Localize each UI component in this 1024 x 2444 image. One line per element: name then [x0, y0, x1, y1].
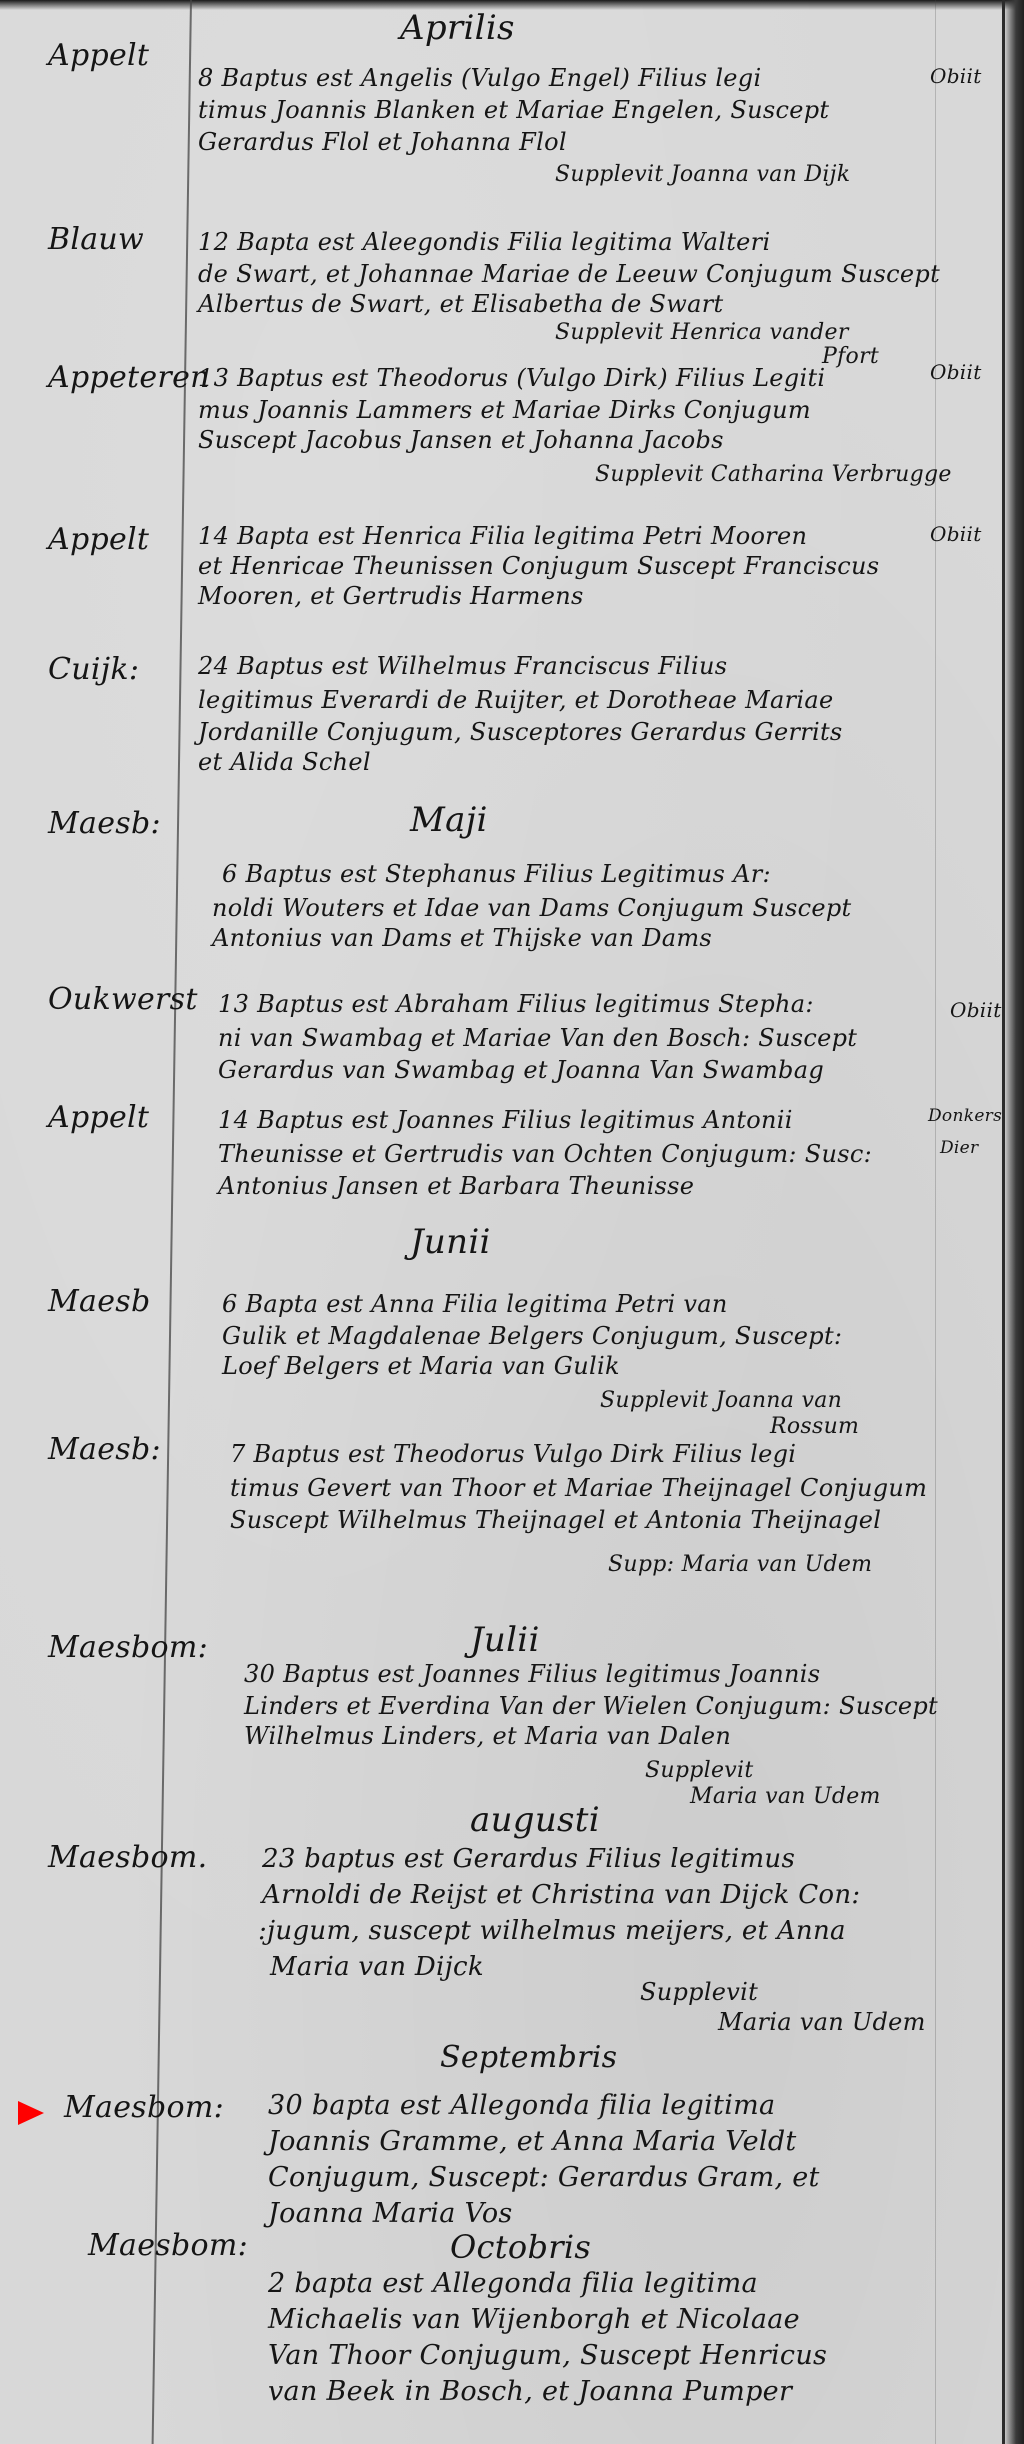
entry-line: 6 Baptus est Stephanus Filius Legitimus … [222, 860, 771, 888]
month-heading-may: Maji [410, 800, 488, 840]
entry-line: Arnoldi de Reijst et Christina van Dijck… [262, 1880, 861, 1910]
entry-place: Maesbom. [48, 1840, 207, 1875]
entry-suppletion: Supplevit Joanna van Dijk [555, 162, 850, 187]
entry-line: 7 Baptus est Theodorus Vulgo Dirk Filius… [230, 1440, 796, 1468]
entry-note-obiit: Obiit [930, 360, 982, 384]
entry-line: Gerardus Flol et Johanna Flol [198, 128, 567, 156]
entry-line: 2 bapta est Allegonda filia legitima [268, 2268, 758, 2299]
entry-line: timus Gevert van Thoor et Mariae Theijna… [230, 1474, 927, 1502]
entry-line: Albertus de Swart, et Elisabetha de Swar… [198, 290, 723, 318]
entry-line: :jugum, suscept wilhelmus meijers, et An… [258, 1916, 846, 1946]
entry-suppletion: Supplevit Henrica vander [555, 320, 849, 345]
entry-line: 12 Bapta est Aleegondis Filia legitima W… [198, 228, 770, 256]
entry-line: Conjugum, Suscept: Gerardus Gram, et [268, 2162, 820, 2193]
month-heading-april: Aprilis [400, 8, 515, 48]
entry-line: 13 Baptus est Theodorus (Vulgo Dirk) Fil… [198, 364, 825, 392]
entry-line: Gerardus van Swambag et Joanna Van Swamb… [218, 1056, 824, 1084]
entry-line: 8 Baptus est Angelis (Vulgo Engel) Filiu… [198, 64, 761, 92]
entry-place: Appelt [48, 522, 149, 557]
entry-note-obiit: Obiit [930, 522, 982, 546]
entry-place: Maesb [48, 1284, 150, 1319]
entry-line: 24 Baptus est Wilhelmus Franciscus Filiu… [198, 652, 727, 680]
entry-suppletion: Supplevit Joanna van [600, 1388, 842, 1413]
entry-line: 14 Baptus est Joannes Filius legitimus A… [218, 1106, 793, 1134]
entry-suppletion-cont: Pfort [822, 344, 879, 369]
month-heading-july: Julii [470, 1620, 540, 1660]
entry-line: Maria van Dijck [270, 1952, 484, 1982]
entry-line: 13 Baptus est Abraham Filius legitimus S… [218, 990, 814, 1018]
entry-line: de Swart, et Johannae Mariae de Leeuw Co… [198, 260, 940, 288]
entry-suppletion: Supp: Maria van Udem [608, 1552, 872, 1577]
entry-note: Donkers [928, 1106, 1002, 1126]
entry-line: noldi Wouters et Idae van Dams Conjugum … [212, 894, 851, 922]
entry-line: Van Thoor Conjugum, Suscept Henricus [268, 2340, 827, 2371]
entry-line: Mooren, et Gertrudis Harmens [198, 582, 584, 610]
entry-suppletion: Supplevit [640, 1978, 758, 2006]
entry-line: Joanna Maria Vos [268, 2198, 513, 2229]
page-binding-edge [1004, 0, 1024, 2444]
entry-line: Suscept Jacobus Jansen et Johanna Jacobs [198, 426, 724, 454]
entry-line: 23 baptus est Gerardus Filius legitimus [262, 1844, 795, 1874]
entry-suppletion-cont: Maria van Udem [718, 2008, 926, 2036]
entry-place: Maesbom: [88, 2228, 248, 2263]
entry-line: 30 Baptus est Joannes Filius legitimus J… [244, 1660, 820, 1688]
entry-line: Theunisse et Gertrudis van Ochten Conjug… [218, 1140, 872, 1168]
entry-note-obiit: Obiit [950, 998, 1002, 1022]
entry-line: 6 Bapta est Anna Filia legitima Petri va… [222, 1290, 728, 1318]
month-heading-august: augusti [470, 1800, 600, 1840]
entry-line: van Beek in Bosch, et Joanna Pumper [268, 2376, 792, 2407]
entry-line: ni van Swambag et Mariae Van den Bosch: … [218, 1024, 857, 1052]
red-pointer-marker-icon [18, 2101, 44, 2125]
entry-line: Linders et Everdina Van der Wielen Conju… [244, 1692, 938, 1720]
entry-suppletion: Supplevit Catharina Verbrugge [595, 462, 952, 487]
entry-line: Suscept Wilhelmus Theijnagel et Antonia … [230, 1506, 881, 1534]
entry-suppletion-cont: Maria van Udem [690, 1784, 881, 1809]
entry-line: et Henricae Theunissen Conjugum Suscept … [198, 552, 879, 580]
entry-place: Cuijk: [48, 652, 139, 687]
entry-suppletion-cont: Rossum [770, 1414, 859, 1439]
entry-line: Gulik et Magdalenae Belgers Conjugum, Su… [222, 1322, 842, 1350]
entry-line: et Alida Schel [198, 748, 371, 776]
entry-line: Jordanille Conjugum, Susceptores Gerardu… [198, 718, 843, 746]
entry-suppletion: Supplevit [645, 1758, 753, 1783]
entry-line: Loef Belgers et Maria van Gulik [222, 1352, 620, 1380]
entry-place-marked: Maesbom: [64, 2090, 224, 2125]
entry-line: Antonius Jansen et Barbara Theunisse [218, 1172, 694, 1200]
entry-place: Appelt [48, 38, 149, 73]
month-heading-october: Octobris [450, 2228, 591, 2266]
month-heading-september: Septembris [440, 2040, 617, 2075]
entry-place: Maesb: [48, 1432, 161, 1467]
entry-line: Joannis Gramme, et Anna Maria Veldt [268, 2126, 797, 2157]
entry-line: legitimus Everardi de Ruijter, et Doroth… [198, 686, 833, 714]
entry-line: 30 bapta est Allegonda filia legitima [268, 2090, 775, 2121]
entry-place: Maesb: [48, 806, 161, 841]
entry-note-obiit: Obiit [930, 64, 982, 88]
entry-line: Antonius van Dams et Thijske van Dams [212, 924, 712, 952]
entry-line: Michaelis van Wijenborgh et Nicolaae [268, 2304, 800, 2335]
entry-line: Wilhelmus Linders, et Maria van Dalen [244, 1722, 731, 1750]
entry-place: Oukwerst [48, 982, 198, 1017]
entry-place: Appeteren [48, 360, 210, 395]
page-binding-line [1002, 0, 1005, 2444]
entry-line: mus Joannis Lammers et Mariae Dirks Conj… [198, 396, 811, 424]
entry-line: 14 Bapta est Henrica Filia legitima Petr… [198, 522, 807, 550]
register-page: Aprilis Appelt 8 Baptus est Angelis (Vul… [0, 0, 1024, 2444]
entry-place: Blauw [48, 222, 144, 257]
month-heading-june: Junii [410, 1222, 491, 1262]
entry-note-cont: Dier [940, 1138, 978, 1158]
entry-place: Maesbom: [48, 1630, 208, 1665]
entry-place: Appelt [48, 1100, 149, 1135]
entry-line: timus Joannis Blanken et Mariae Engelen,… [198, 96, 829, 124]
